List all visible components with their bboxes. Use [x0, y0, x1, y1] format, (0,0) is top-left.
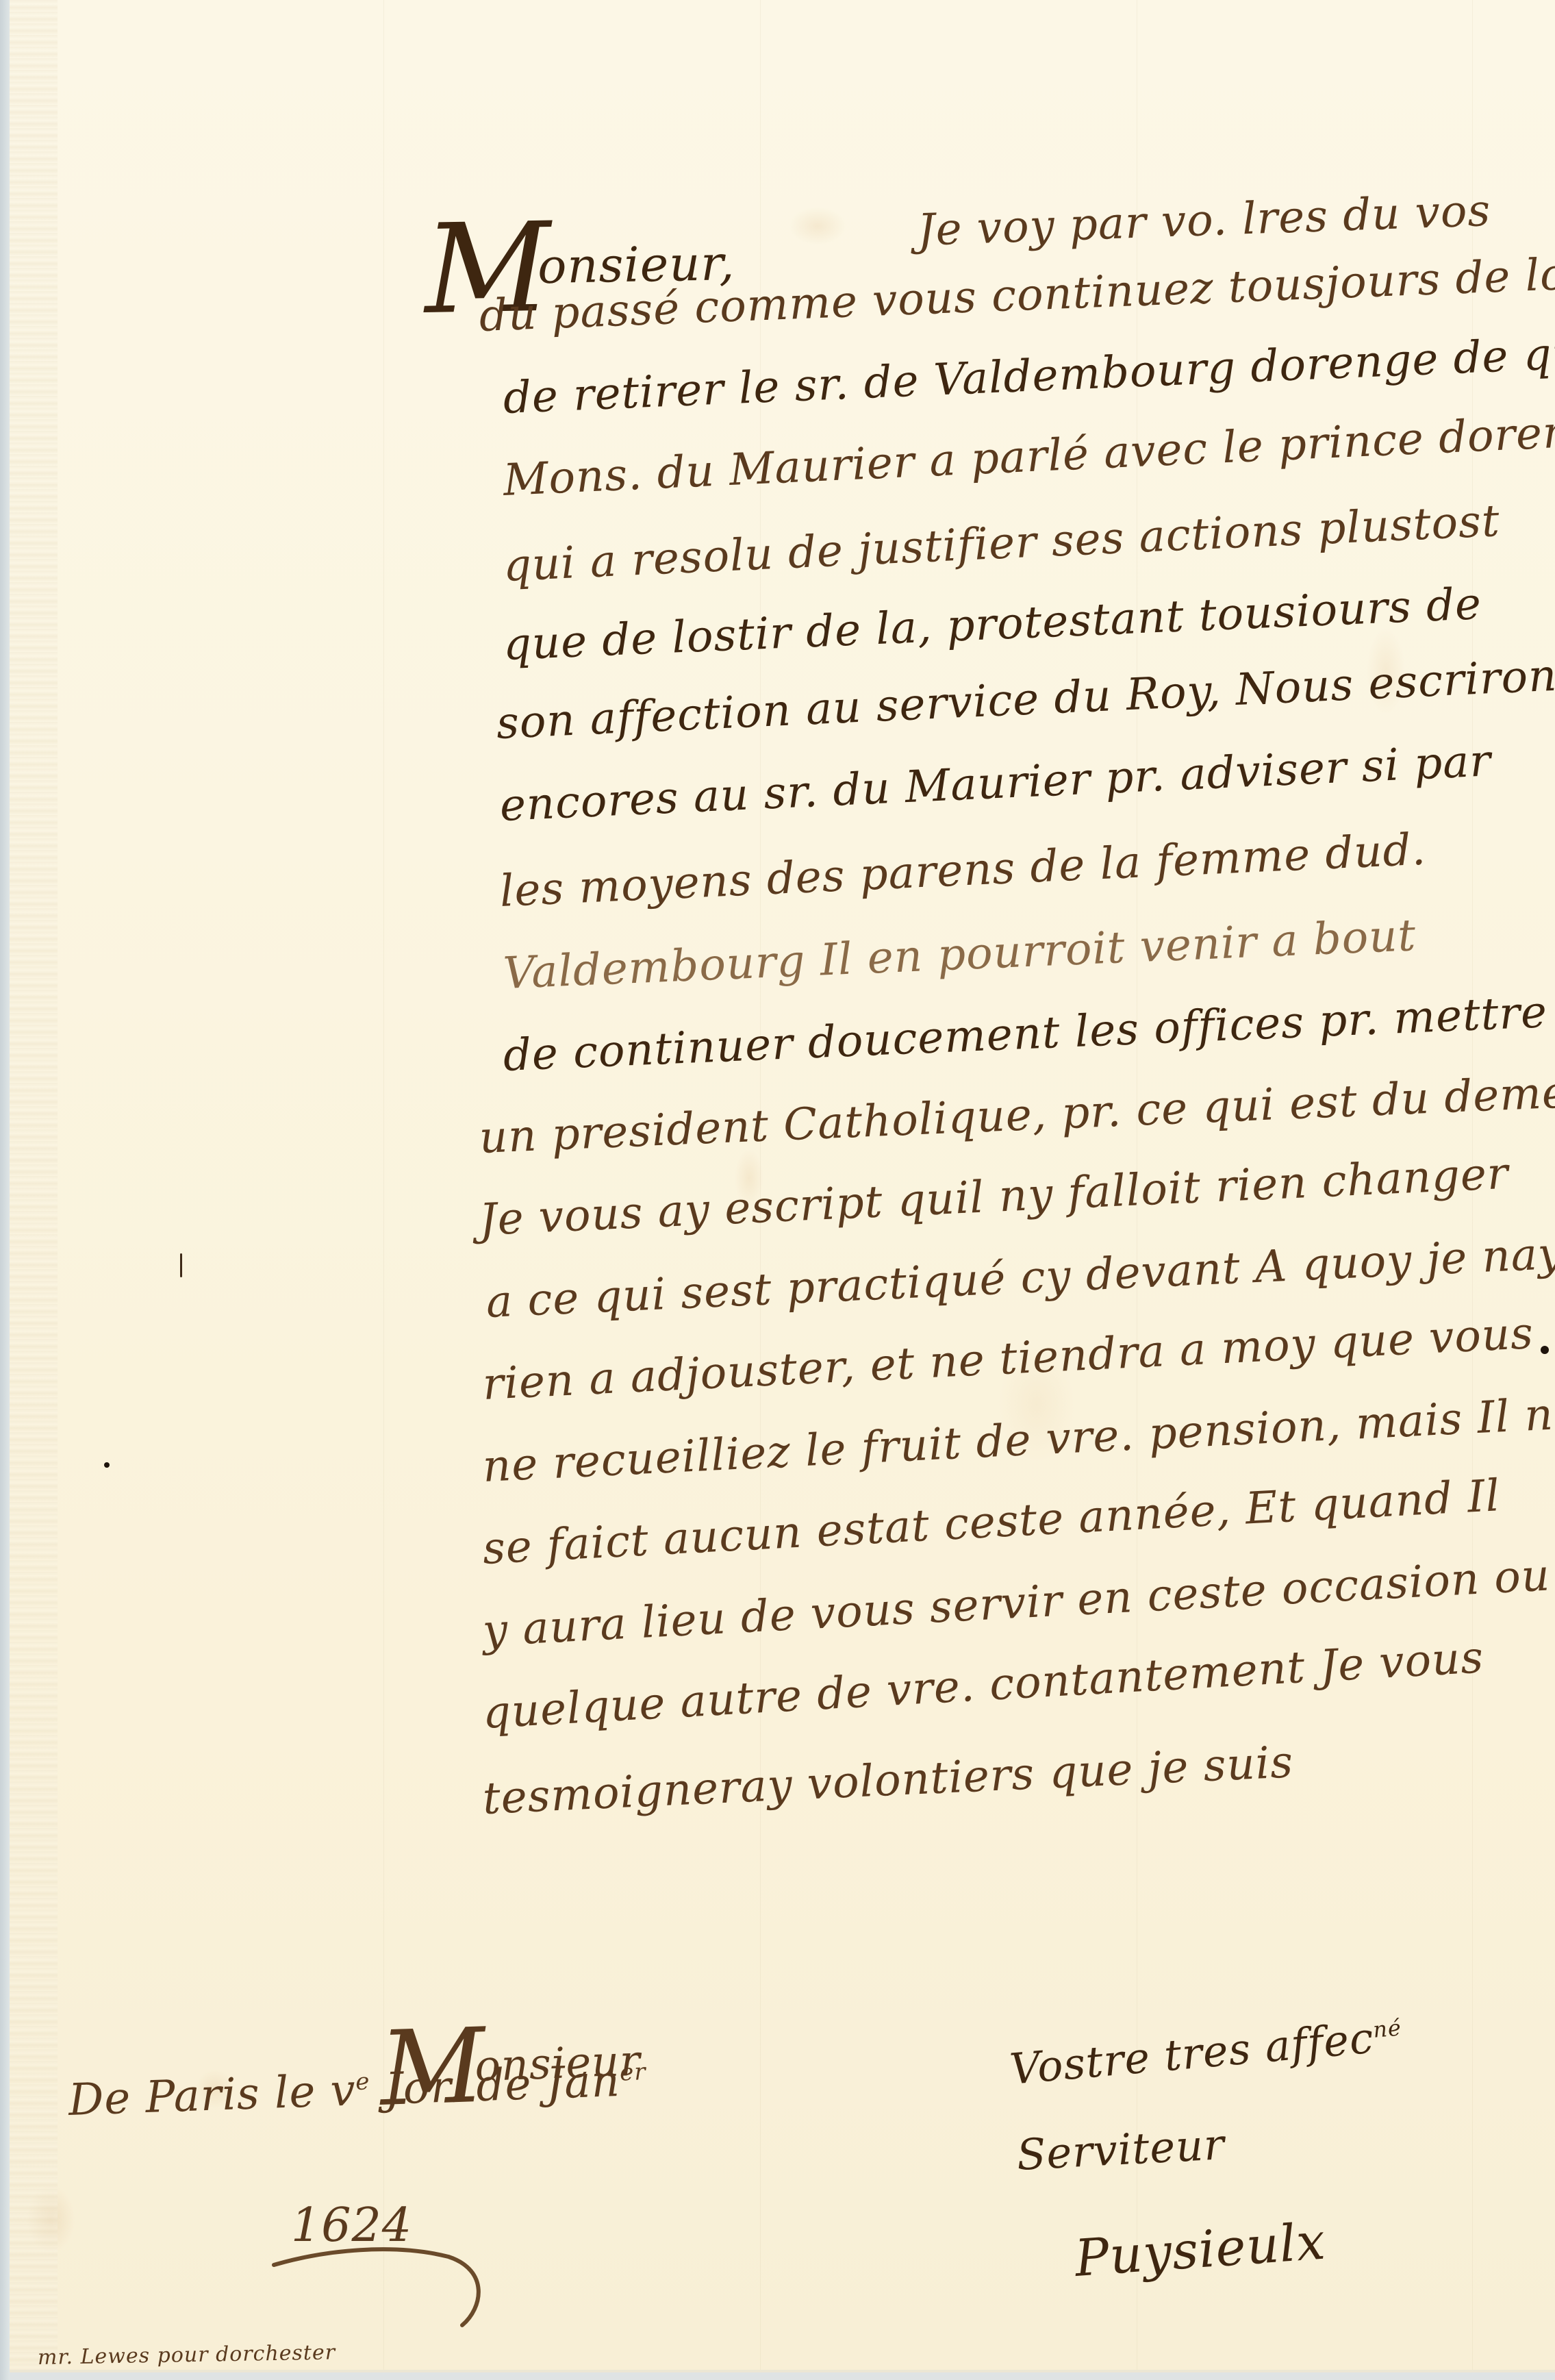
- year-underline-flourish: [270, 2243, 496, 2332]
- margin-ink-mark: [180, 1253, 182, 1277]
- place-date-rest: Jor. de Jan: [384, 2056, 621, 2115]
- ink-blot: [1541, 1346, 1549, 1354]
- ink-blot: [104, 1462, 110, 1468]
- signoff-sup: né: [1372, 2014, 1403, 2042]
- scan-background-strip: [0, 0, 10, 2380]
- place-date-text: De Paris le v: [68, 2065, 357, 2126]
- deckled-edge: [10, 0, 58, 2370]
- place-date-sup: e: [355, 2068, 371, 2096]
- place-date-sup2: er: [619, 2058, 646, 2086]
